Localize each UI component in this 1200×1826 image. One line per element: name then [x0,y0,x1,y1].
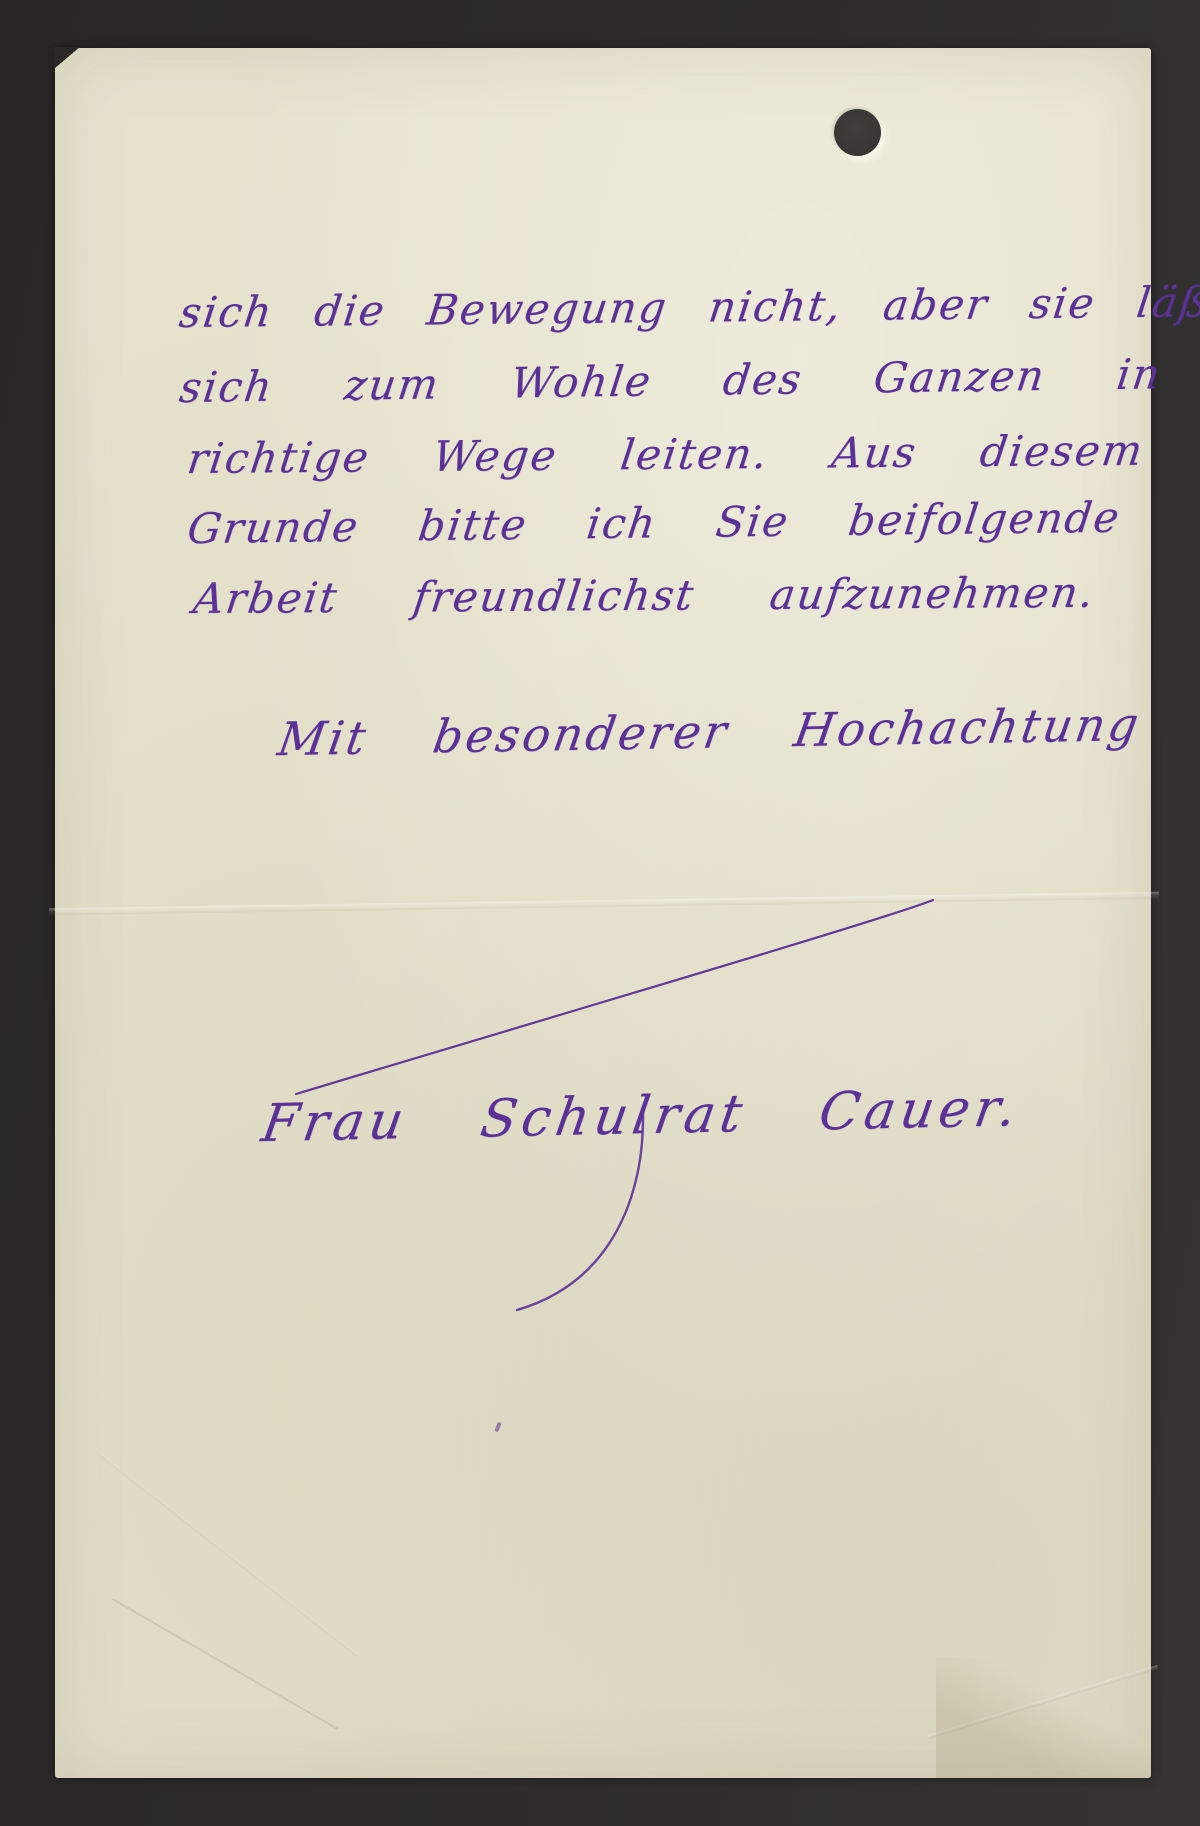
flourish-stroke [296,900,933,1094]
punch-hole [834,109,881,156]
handwriting-line-5: Arbeit freundlichst aufzunehmen. [190,568,1098,623]
letter-page: sich die Bewegung nicht, aber sie läßt s… [55,48,1151,1778]
scan-background: sich die Bewegung nicht, aber sie läßt s… [0,0,1200,1826]
handwriting-line-4: Grunde bitte ich Sie beifolgende [185,493,1124,553]
closing-line: Mit besonderer Hochachtung [274,697,1145,766]
corner-fold-shade [936,1658,1151,1778]
fold-crease [49,892,1159,915]
handwriting-line-2: sich zum Wohle des Ganzen in [177,349,1165,412]
signature: Frau Schulrat Cauer. [258,1078,1025,1154]
crease-bottom-left-2 [112,1598,338,1730]
handwriting-line-1: sich die Bewegung nicht, aber sie läßt [177,277,1200,337]
handwriting-line-3: richtige Wege leiten. Aus diesem [185,426,1148,483]
crease-bottom-left [97,1452,359,1658]
ink-speck [494,1422,501,1433]
clipped-corner [54,47,80,69]
